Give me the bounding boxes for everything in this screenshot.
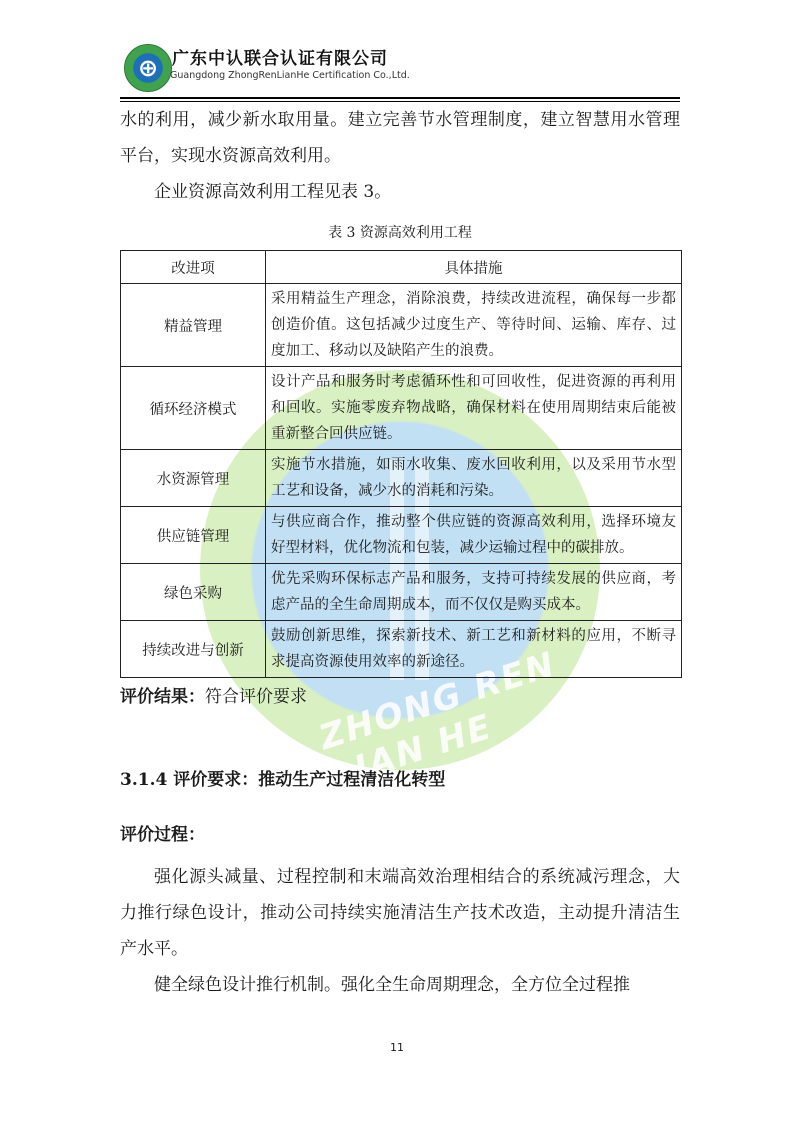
- page-number: 11: [0, 1041, 794, 1054]
- table-cell-item: 绿色采购: [121, 564, 266, 621]
- column-header-item: 改进项: [121, 251, 266, 284]
- table-cell-measure: 鼓励创新思维，探索新技术、新工艺和新材料的应用，不断寻求提高资源使用效率的新途径…: [266, 621, 682, 678]
- company-name-en: Guangdong ZhongRenLianHe Certification C…: [170, 70, 410, 81]
- table-cell-measure: 设计产品和服务时考虑循环性和可回收性，促进资源的再利用和回收。实施零废弃物战略，…: [266, 367, 682, 450]
- table-cell-item: 水资源管理: [121, 450, 266, 507]
- table-reference: 企业资源高效利用工程见表 3。: [120, 174, 680, 210]
- section-heading: 3.1.4 评价要求：推动生产过程清洁化转型: [120, 765, 680, 790]
- table-row: 持续改进与创新 鼓励创新思维，探索新技术、新工艺和新材料的应用，不断寻求提高资源…: [121, 621, 682, 678]
- resource-efficiency-table: 改进项 具体措施 精益管理 采用精益生产理念，消除浪费，持续改进流程，确保每一步…: [120, 250, 682, 678]
- table-row: 绿色采购 优先采购环保标志产品和服务，支持可持续发展的供应商，考虑产品的全生命周…: [121, 564, 682, 621]
- table-cell-measure: 优先采购环保标志产品和服务，支持可持续发展的供应商，考虑产品的全生命周期成本，而…: [266, 564, 682, 621]
- table-header-row: 改进项 具体措施: [121, 251, 682, 284]
- table-cell-item: 循环经济模式: [121, 367, 266, 450]
- table-cell-measure: 实施节水措施，如雨水收集、废水回收利用，以及采用节水型工艺和设备，减少水的消耗和…: [266, 450, 682, 507]
- table-row: 精益管理 采用精益生产理念，消除浪费，持续改进流程，确保每一步都创造价值。这包括…: [121, 284, 682, 367]
- result-label: 评价结果：: [120, 687, 205, 707]
- body-paragraph-2: 健全绿色设计推行机制。强化全生命周期理念，全方位全过程推: [120, 967, 680, 1003]
- logo-glyph-icon: ⊕: [135, 53, 161, 83]
- intro-paragraph: 水的利用，减少新水取用量。建立完善节水管理制度，建立智慧用水管理平台，实现水资源…: [120, 102, 680, 174]
- body-paragraph-1: 强化源头减量、过程控制和末端高效治理相结合的系统减污理念，大力推行绿色设计，推动…: [120, 859, 680, 967]
- document-body: 水的利用，减少新水取用量。建立完善节水管理制度，建立智慧用水管理平台，实现水资源…: [120, 100, 680, 1003]
- company-logo-icon: ⊕: [124, 44, 172, 92]
- company-name-cn: 广东中认联合认证有限公司: [172, 44, 388, 69]
- result-value: 符合评价要求: [205, 687, 307, 707]
- table-row: 水资源管理 实施节水措施，如雨水收集、废水回收利用，以及采用节水型工艺和设备，减…: [121, 450, 682, 507]
- table-cell-item: 精益管理: [121, 284, 266, 367]
- table-row: 循环经济模式 设计产品和服务时考虑循环性和可回收性，促进资源的再利用和回收。实施…: [121, 367, 682, 450]
- table-cell-measure: 与供应商合作，推动整个供应链的资源高效利用，选择环境友好型材料，优化物流和包装，…: [266, 507, 682, 564]
- table-cell-item: 持续改进与创新: [121, 621, 266, 678]
- evaluation-result: 评价结果：符合评价要求: [120, 682, 680, 707]
- table-row: 供应链管理 与供应商合作，推动整个供应链的资源高效利用，选择环境友好型材料，优化…: [121, 507, 682, 564]
- table-cell-item: 供应链管理: [121, 507, 266, 564]
- table-caption: 表 3 资源高效利用工程: [120, 222, 680, 242]
- header-divider: [120, 97, 680, 99]
- process-label: 评价过程：: [120, 820, 680, 845]
- table-cell-measure: 采用精益生产理念，消除浪费，持续改进流程，确保每一步都创造价值。这包括减少过度生…: [266, 284, 682, 367]
- page-header: ⊕ 广东中认联合认证有限公司 Guangdong ZhongRenLianHe …: [120, 40, 680, 95]
- column-header-measure: 具体措施: [266, 251, 682, 284]
